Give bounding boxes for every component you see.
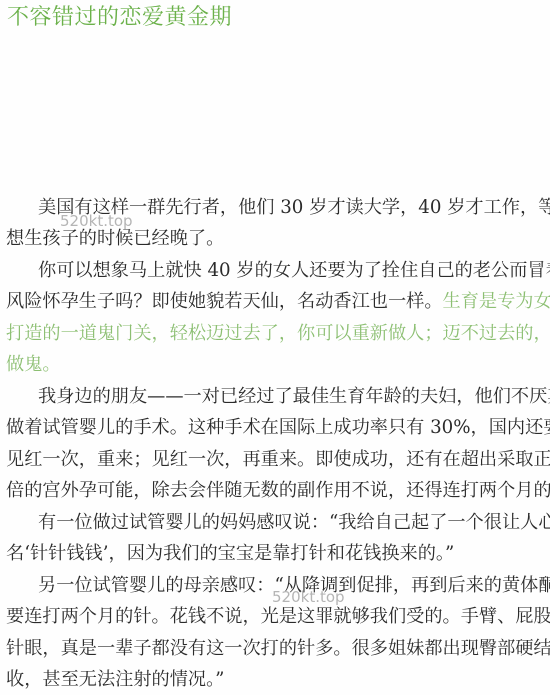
highlighted-text: 生育是专为女性量身 bbox=[443, 291, 550, 312]
paragraph-5-line-2: 要连打两个月的针。花钱不说，光是这罪就够我们受的。手臂、屁股两边全是 bbox=[6, 605, 546, 629]
paragraph-5-line-1: 另一位试管婴儿的母亲感叹：“从降调到促排，再到后来的黄体酮，最好 bbox=[38, 574, 546, 598]
paragraph-3-line-2: 做着试管婴儿的手术。这种手术在国际上成功率只有 30%，国内还要低一些。 bbox=[6, 416, 546, 440]
paragraph-2-line-3-highlighted: 打造的一道鬼门关，轻松迈过去了，你可以重新做人；迈不过去的，就只能 bbox=[6, 322, 546, 346]
paragraph-5-line-3: 针眼，真是一辈子都没有这一次打的针多。很多姐妹都出现臀部硬结而影响吸 bbox=[6, 637, 546, 661]
book-page: 不容错过的恋爱黄金期 美国有这样一群先行者，他们 30 岁才读大学，40 岁才工… bbox=[0, 0, 550, 695]
chapter-title: 不容错过的恋爱黄金期 bbox=[7, 5, 232, 31]
paragraph-5-line-4: 收，甚至无法注射的情况。” bbox=[6, 668, 546, 692]
paragraph-1-line-1: 美国有这样一群先行者，他们 30 岁才读大学，40 岁才工作，等到 50 岁 bbox=[38, 196, 546, 220]
paragraph-2-line-2-text: 风险怀孕生子吗？即使她貌若天仙，名动香江也一样。 bbox=[6, 291, 443, 312]
paragraph-2-line-2: 风险怀孕生子吗？即使她貌若天仙，名动香江也一样。生育是专为女性量身 bbox=[6, 290, 546, 314]
paragraph-2-line-1: 你可以想象马上就快 40 岁的女人还要为了拴住自己的老公而冒着巨大的 bbox=[38, 259, 546, 283]
paragraph-2-line-4-highlighted: 做鬼。 bbox=[6, 353, 546, 377]
paragraph-4-line-1: 有一位做过试管婴儿的妈妈感叹说：“我给自己起了一个很让人心酸的网 bbox=[38, 511, 546, 535]
paragraph-1-line-2: 想生孩子的时候已经晚了。 bbox=[6, 227, 546, 251]
paragraph-3-line-4: 倍的宫外孕可能，除去会伴随无数的副作用不说，还得连打两个月的针。 bbox=[6, 479, 546, 503]
paragraph-3-line-3: 见红一次，重来；见红一次，再重来。即使成功，还有在超出采取正常妊娠 3 bbox=[6, 448, 546, 472]
paragraph-3-line-1: 我身边的朋友——一对已经过了最佳生育年龄的夫妇，他们不厌其烦地 bbox=[38, 385, 546, 409]
paragraph-4-line-2: 名‘针针钱钱’，因为我们的宝宝是靠打针和花钱换来的。” bbox=[6, 542, 546, 566]
